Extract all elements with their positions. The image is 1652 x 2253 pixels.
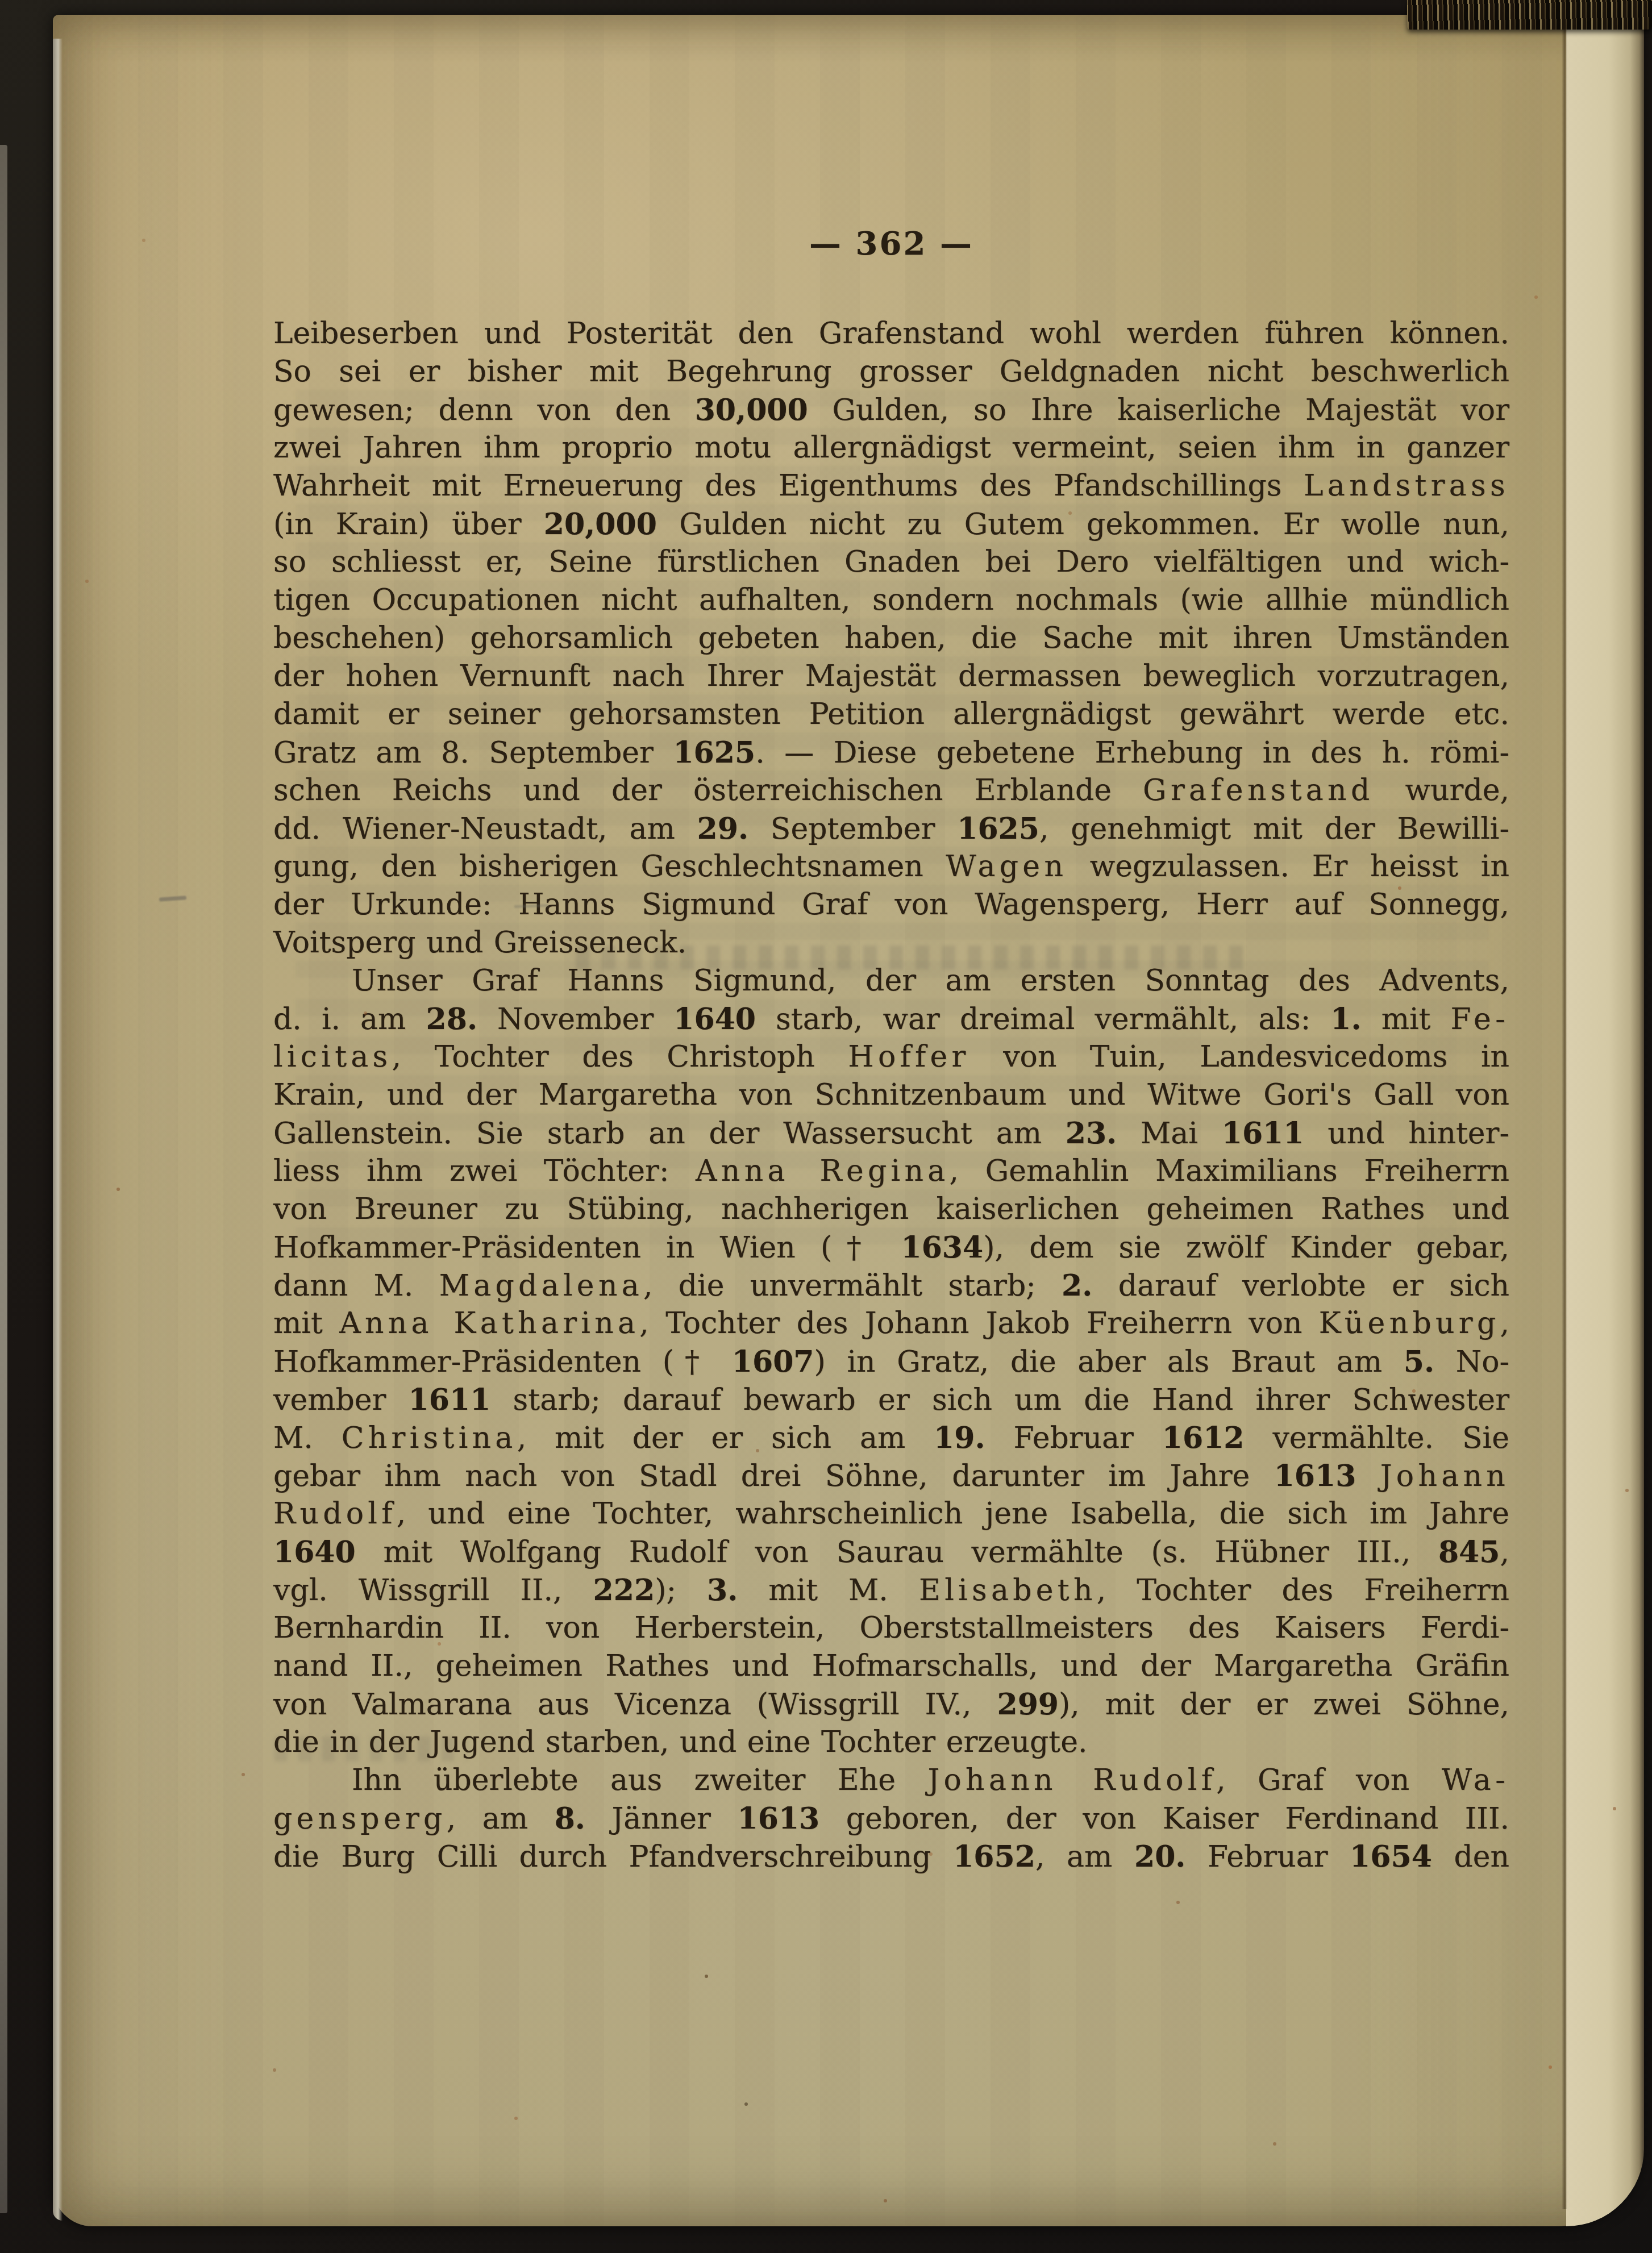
- text-run: Mai: [1117, 1117, 1221, 1151]
- gutter-crease: [1562, 25, 1567, 2209]
- foxing-specks: [0, 0, 3, 3]
- bold-run: 845: [1438, 1535, 1500, 1569]
- text-line: Ihn überlebte aus zweiter Ehe Johann Rud…: [273, 1761, 1509, 1800]
- book-cloth-binding: [1407, 0, 1652, 30]
- text-line: mit Anna Katharina, Tochter des Johann J…: [273, 1305, 1509, 1343]
- text-line: 1640 mit Wolfgang Rudolf von Saurau verm…: [273, 1533, 1509, 1571]
- bold-run: 19.: [934, 1421, 985, 1455]
- text-run: Februar: [985, 1421, 1162, 1455]
- bold-run: 1611: [1222, 1116, 1304, 1151]
- text-run: , Tochter des Johann Jakob Freiherrn von: [639, 1306, 1319, 1340]
- text-line: der hohen Vernunft nach Ihrer Majestät d…: [273, 657, 1509, 696]
- text-run: Februar: [1185, 1840, 1350, 1874]
- bold-run: 222: [593, 1573, 655, 1607]
- text-run: , am: [1035, 1840, 1134, 1874]
- text-run: von Valmarana aus Vicenza (Wissgrill IV.…: [273, 1688, 997, 1722]
- text-run: wegzulassen. Er heisst in: [1067, 849, 1509, 884]
- text-run: M.: [273, 1421, 342, 1455]
- text-line: gung, den bisherigen Geschlechtsnamen Wa…: [273, 848, 1509, 886]
- text-run: gebar ihm nach von Stadl drei Söhne, dar…: [273, 1459, 1274, 1493]
- text-run: Gratz am 8. September: [273, 736, 673, 770]
- text-run: der Urkunde: Hanns Sigmund Graf von Wage…: [273, 888, 1509, 922]
- text-run: darauf verlobte er sich: [1092, 1269, 1509, 1303]
- text-line: gewesen; denn von den 30,000 Gulden, so …: [273, 391, 1509, 429]
- text-line: gensperg, am 8. Jänner 1613 geboren, der…: [273, 1800, 1509, 1838]
- text-line: dann M. Magdalena, die unvermählt starb;…: [273, 1267, 1509, 1305]
- gutter-page-sliver: [1566, 15, 1644, 2226]
- text-line: M. Christina, mit der er sich am 19. Feb…: [273, 1419, 1509, 1457]
- text-run: Gulden nicht zu Gutem gekommen. Er wolle…: [657, 507, 1509, 542]
- text-run: starb; darauf bewarb er sich um die Hand…: [490, 1383, 1509, 1417]
- letterspaced-run: Hoffer: [848, 1040, 969, 1074]
- text-run: Hofkammer-Präsidenten (†: [273, 1345, 732, 1379]
- bold-run: 29.: [697, 811, 748, 846]
- text-line: Krain, und der Margaretha von Schnitzenb…: [273, 1076, 1509, 1114]
- bold-run: 20,000: [544, 507, 657, 542]
- text-line: schen Reichs und der österreichischen Er…: [273, 772, 1509, 810]
- letterspaced-run: Anna Katharina: [339, 1306, 639, 1340]
- text-run: den: [1432, 1840, 1509, 1874]
- text-run: wurde,: [1374, 773, 1509, 807]
- text-run: Unser Graf Hanns Sigmund, der am ersten …: [352, 964, 1509, 998]
- letterspaced-run: Johann: [1380, 1459, 1509, 1493]
- letterspaced-run: Wa-: [1442, 1763, 1509, 1797]
- text-run: , die unvermählt starb;: [643, 1269, 1062, 1303]
- text-run: zwei Jahren ihm proprio motu allergnädig…: [273, 431, 1509, 465]
- text-run: ) in Gratz, die aber als Braut am: [814, 1345, 1404, 1379]
- text-line: der Urkunde: Hanns Sigmund Graf von Wage…: [273, 886, 1509, 924]
- text-line: dd. Wiener-Neustadt, am 29. September 16…: [273, 810, 1509, 848]
- bold-run: 20.: [1134, 1839, 1185, 1874]
- bold-run: 1652: [953, 1839, 1035, 1874]
- text-run: November: [477, 1002, 673, 1036]
- text-line: Gallenstein. Sie starb an der Wassersuch…: [273, 1114, 1509, 1152]
- text-line: die Burg Cilli durch Pfandverschreibung …: [273, 1838, 1509, 1876]
- text-line: gebar ihm nach von Stadl drei Söhne, dar…: [273, 1457, 1509, 1495]
- text-line: Bernhardin II. von Herberstein, Oberstst…: [273, 1609, 1509, 1647]
- text-line: licitas, Tochter des Christoph Hoffer vo…: [273, 1038, 1509, 1076]
- text-run: Bernhardin II. von Herberstein, Oberstst…: [273, 1611, 1509, 1645]
- text-line: von Valmarana aus Vicenza (Wissgrill IV.…: [273, 1685, 1509, 1723]
- text-run: der hohen Vernunft nach Ihrer Majestät d…: [273, 659, 1509, 693]
- letterspaced-run: Anna Regina: [696, 1154, 950, 1188]
- text-run: mit M.: [738, 1573, 919, 1607]
- text-run: , Tochter des Christoph: [392, 1040, 848, 1074]
- text-run: dd. Wiener-Neustadt, am: [273, 812, 697, 846]
- text-line: Gratz am 8. September 1625. — Diese gebe…: [273, 734, 1509, 772]
- page: — 362 — Leibeserben und Posterität den G…: [53, 15, 1644, 2226]
- bold-run: 1640: [273, 1535, 356, 1569]
- text-line: Wahrheit mit Erneuerung des Eigenthums d…: [273, 467, 1509, 505]
- text-run: mit Wolfgang Rudolf von Saurau vermählte…: [356, 1535, 1438, 1569]
- text-line: von Breuner zu Stübing, nachherigen kais…: [273, 1190, 1509, 1228]
- text-run: (in Krain) über: [273, 507, 544, 542]
- text-run: vgl. Wissgrill II.,: [273, 1573, 593, 1607]
- text-line: zwei Jahren ihm proprio motu allergnädig…: [273, 429, 1509, 467]
- text-line: liess ihm zwei Töchter: Anna Regina, Gem…: [273, 1152, 1509, 1190]
- text-run: , Gemahlin Maximilians Freiherrn: [950, 1154, 1509, 1188]
- text-run: von Breuner zu Stübing, nachherigen kais…: [273, 1192, 1509, 1226]
- text-run: );: [655, 1573, 707, 1607]
- text-run: tigen Occupationen nicht aufhalten, sond…: [273, 583, 1509, 617]
- text-run: mit: [1362, 1002, 1451, 1036]
- text-run: die Burg Cilli durch Pfandverschreibung: [273, 1840, 953, 1874]
- letterspaced-run: Magdalena: [439, 1269, 643, 1303]
- text-run: No-: [1434, 1345, 1509, 1379]
- text-line: d. i. am 28. November 1640 starb, war dr…: [273, 1000, 1509, 1038]
- letterspaced-run: Elisabeth: [919, 1573, 1097, 1607]
- text-run: , Graf von: [1216, 1763, 1441, 1797]
- text-run: so schliesst er, Seine fürstlichen Gnade…: [273, 545, 1509, 579]
- letterspaced-run: Grafenstand: [1143, 773, 1374, 807]
- letterspaced-run: Landstrass: [1304, 469, 1509, 503]
- text-run: Hofkammer-Präsidenten in Wien (†: [273, 1231, 901, 1265]
- text-line: Hofkammer-Präsidenten in Wien († 1634), …: [273, 1228, 1509, 1267]
- letterspaced-run: licitas: [273, 1040, 392, 1074]
- text-run: , mit der er sich am: [517, 1421, 934, 1455]
- text-run: , am: [447, 1802, 555, 1836]
- text-run: liess ihm zwei Töchter:: [273, 1154, 696, 1188]
- bold-run: 1634: [901, 1230, 984, 1265]
- text-run: [1356, 1459, 1380, 1493]
- text-line: Leibeserben und Posterität den Grafensta…: [273, 315, 1509, 353]
- text-line: vgl. Wissgrill II., 222); 3. mit M. Elis…: [273, 1571, 1509, 1609]
- bold-run: 1611: [409, 1382, 491, 1417]
- text-run: starb, war dreimal vermählt, als:: [756, 1002, 1330, 1036]
- page-number: — 362 —: [273, 225, 1509, 263]
- bold-run: 1640: [673, 1002, 756, 1036]
- bold-run: 5.: [1404, 1344, 1434, 1379]
- text-run: Voitsperg und Greisseneck.: [273, 926, 686, 960]
- text-run: ), dem sie zwölf Kinder gebar,: [983, 1231, 1509, 1265]
- bold-run: 3.: [707, 1573, 738, 1607]
- text-line: Unser Graf Hanns Sigmund, der am ersten …: [273, 962, 1509, 1000]
- bold-run: 23.: [1066, 1116, 1117, 1151]
- text-run: Leibeserben und Posterität den Grafensta…: [273, 316, 1509, 351]
- bold-run: 1.: [1330, 1002, 1361, 1036]
- text-run: Wahrheit mit Erneuerung des Eigenthums d…: [273, 469, 1304, 503]
- text-line: nand II., geheimen Rathes und Hofmarscha…: [273, 1647, 1509, 1685]
- text-run: d. i. am: [273, 1002, 426, 1036]
- text-run: Jänner: [585, 1802, 738, 1836]
- bold-run: 299: [997, 1687, 1059, 1722]
- text-run: , genehmigt mit der Bewilli-: [1039, 812, 1509, 846]
- text-run: Krain, und der Margaretha von Schnitzenb…: [273, 1078, 1509, 1112]
- bold-run: 30,000: [695, 393, 808, 427]
- text-run: gung, den bisherigen Geschlechtsnamen: [273, 849, 946, 884]
- letterspaced-run: Wagen: [946, 849, 1067, 884]
- text-run: geboren, der von Kaiser Ferdinand III.: [819, 1802, 1509, 1836]
- bold-run: 1654: [1350, 1839, 1432, 1874]
- text-run: schen Reichs und der österreichischen Er…: [273, 773, 1143, 807]
- text-line: Voitsperg und Greisseneck.: [273, 924, 1509, 962]
- letterspaced-run: Rudolf: [273, 1497, 397, 1531]
- text-line: (in Krain) über 20,000 Gulden nicht zu G…: [273, 505, 1509, 543]
- text-line: Hofkammer-Präsidenten († 1607) in Gratz,…: [273, 1343, 1509, 1381]
- text-run: ,: [1500, 1535, 1509, 1569]
- bold-run: 1607: [732, 1344, 814, 1379]
- text-run: ,: [1500, 1306, 1509, 1340]
- text-run: mit: [273, 1306, 339, 1340]
- text-line: damit er seiner gehorsamsten Petition al…: [273, 696, 1509, 734]
- text-run: ), mit der er zwei Söhne,: [1059, 1688, 1509, 1722]
- text-run: Ihn überlebte aus zweiter Ehe: [352, 1763, 927, 1797]
- text-block: Leibeserben und Posterität den Grafensta…: [273, 315, 1509, 1876]
- scanned-book-page: — 362 — Leibeserben und Posterität den G…: [0, 0, 1652, 2253]
- letterspaced-run: gensperg: [273, 1802, 447, 1836]
- text-run: dann M.: [273, 1269, 439, 1303]
- text-run: nand II., geheimen Rathes und Hofmarscha…: [273, 1649, 1509, 1683]
- text-run: So sei er bisher mit Begehrung grosser G…: [273, 355, 1509, 389]
- bold-run: 1625: [957, 811, 1039, 846]
- text-run: vember: [273, 1383, 409, 1417]
- bold-run: 8.: [555, 1801, 585, 1836]
- text-run: damit er seiner gehorsamsten Petition al…: [273, 697, 1509, 731]
- bold-run: 1625: [673, 735, 755, 770]
- letterspaced-run: Küenburg: [1319, 1306, 1500, 1340]
- letterspaced-run: Johann Rudolf: [927, 1763, 1216, 1797]
- facing-page-edge: [0, 145, 7, 2213]
- text-run: Gulden, so Ihre kaiserliche Majestät vor: [808, 393, 1509, 427]
- text-run: . — Diese gebetene Erhebung in des h. rö…: [755, 736, 1509, 770]
- text-run: gewesen; denn von den: [273, 393, 695, 427]
- text-line: So sei er bisher mit Begehrung grosser G…: [273, 353, 1509, 391]
- letterspaced-run: Fe-: [1451, 1002, 1509, 1036]
- text-run: , Tochter des Freiherrn: [1097, 1573, 1509, 1607]
- bold-run: 1613: [1274, 1459, 1356, 1493]
- text-line: beschehen) gehorsamlich gebeten haben, d…: [273, 619, 1509, 657]
- text-line: vember 1611 starb; darauf bewarb er sich…: [273, 1381, 1509, 1419]
- text-run: vermählte. Sie: [1245, 1421, 1509, 1455]
- text-run: September: [748, 812, 957, 846]
- bold-run: 28.: [426, 1002, 477, 1036]
- letterspaced-run: Christina: [342, 1421, 517, 1455]
- text-line: tigen Occupationen nicht aufhalten, sond…: [273, 581, 1509, 619]
- text-run: , und eine Tochter, wahrscheinlich jene …: [397, 1497, 1509, 1531]
- text-run: und hinter-: [1304, 1117, 1509, 1151]
- text-run: Gallenstein. Sie starb an der Wassersuch…: [273, 1117, 1066, 1151]
- text-line: Rudolf, und eine Tochter, wahrscheinlich…: [273, 1495, 1509, 1533]
- text-run: die in der Jugend starben, und eine Toch…: [273, 1725, 1087, 1759]
- page-left-edge: [53, 39, 63, 2221]
- bold-run: 2.: [1062, 1268, 1092, 1303]
- text-line: so schliesst er, Seine fürstlichen Gnade…: [273, 543, 1509, 581]
- bold-run: 1612: [1162, 1421, 1245, 1455]
- text-run: von Tuin, Landesvicedoms in: [970, 1040, 1509, 1074]
- text-run: beschehen) gehorsamlich gebeten haben, d…: [273, 621, 1509, 655]
- text-line: die in der Jugend starben, und eine Toch…: [273, 1723, 1509, 1761]
- bold-run: 1613: [738, 1801, 820, 1836]
